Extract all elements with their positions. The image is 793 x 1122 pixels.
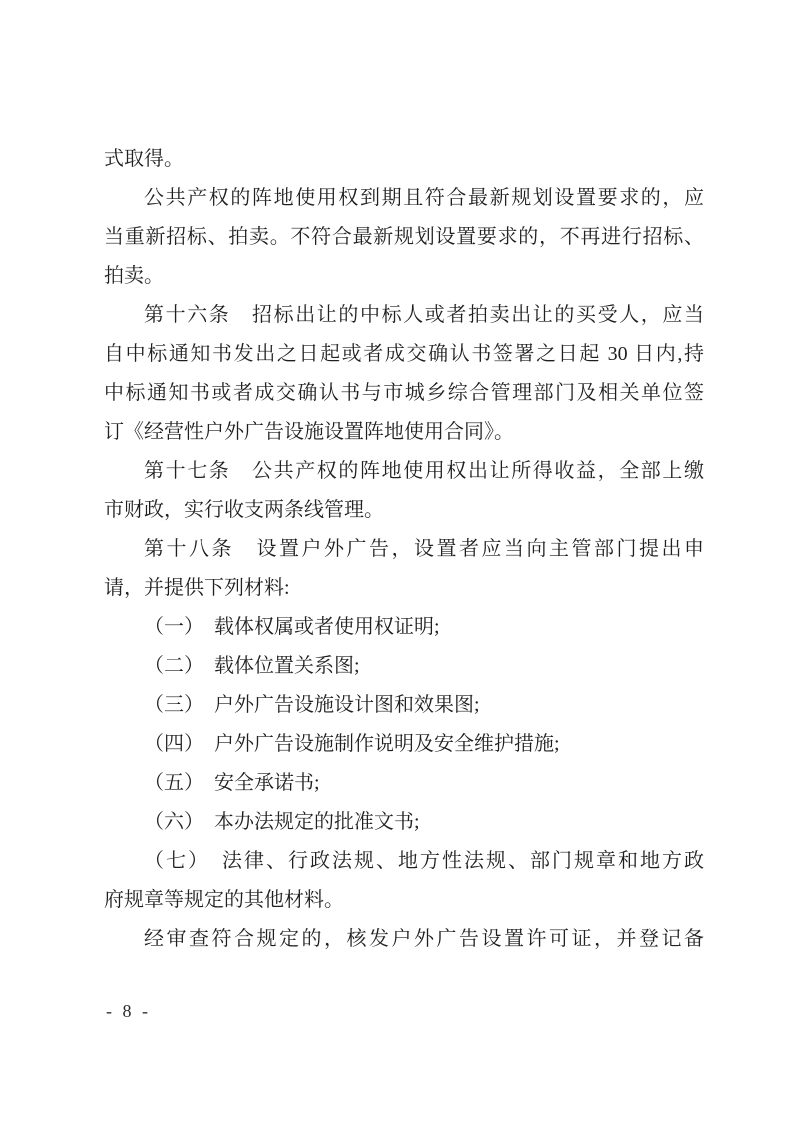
list-item-line: （六） 本办法规定的批准文书;: [104, 803, 704, 842]
text-line: 请，并提供下列材料:: [104, 569, 704, 608]
text-line: 第十六条 招标出让的中标人或者拍卖出让的买受人，应当: [104, 296, 704, 335]
list-item-line: （五） 安全承诺书;: [104, 764, 704, 803]
list-item-line: （三） 户外广告设施设计图和效果图;: [104, 686, 704, 725]
document-page: 式取得。 公共产权的阵地使用权到期且符合最新规划设置要求的，应 当重新招标、拍卖…: [0, 0, 793, 1122]
list-item-line: （四） 户外广告设施制作说明及安全维护措施;: [104, 725, 704, 764]
text-line: 公共产权的阵地使用权到期且符合最新规划设置要求的，应: [104, 179, 704, 218]
text-line: 中标通知书或者成交确认书与市城乡综合管理部门及相关单位签: [104, 374, 704, 413]
text-line: 订《经营性户外广告设施设置阵地使用合同》。: [104, 413, 704, 452]
list-item-line: （一） 载体权属或者使用权证明;: [104, 608, 704, 647]
text-line: 当重新招标、拍卖。不符合最新规划设置要求的，不再进行招标、: [104, 218, 704, 257]
text-line: 市财政，实行收支两条线管理。: [104, 491, 704, 530]
text-line: 式取得。: [104, 140, 704, 179]
list-item-line: （七） 法律、行政法规、地方性法规、部门规章和地方政: [104, 842, 704, 881]
list-item-line: （二） 载体位置关系图;: [104, 647, 704, 686]
text-line: 自中标通知书发出之日起或者成交确认书签署之日起 30 日内,持: [104, 335, 704, 374]
document-body-text: 式取得。 公共产权的阵地使用权到期且符合最新规划设置要求的，应 当重新招标、拍卖…: [104, 140, 704, 959]
text-line: 经审查符合规定的，核发户外广告设置许可证，并登记备: [104, 920, 704, 959]
text-line: 第十七条 公共产权的阵地使用权出让所得收益，全部上缴: [104, 452, 704, 491]
text-line: 第十八条 设置户外广告，设置者应当向主管部门提出申: [104, 530, 704, 569]
text-line: 拍卖。: [104, 257, 704, 296]
text-line: 府规章等规定的其他材料。: [104, 881, 704, 920]
page-number: - 8 -: [106, 1001, 151, 1022]
